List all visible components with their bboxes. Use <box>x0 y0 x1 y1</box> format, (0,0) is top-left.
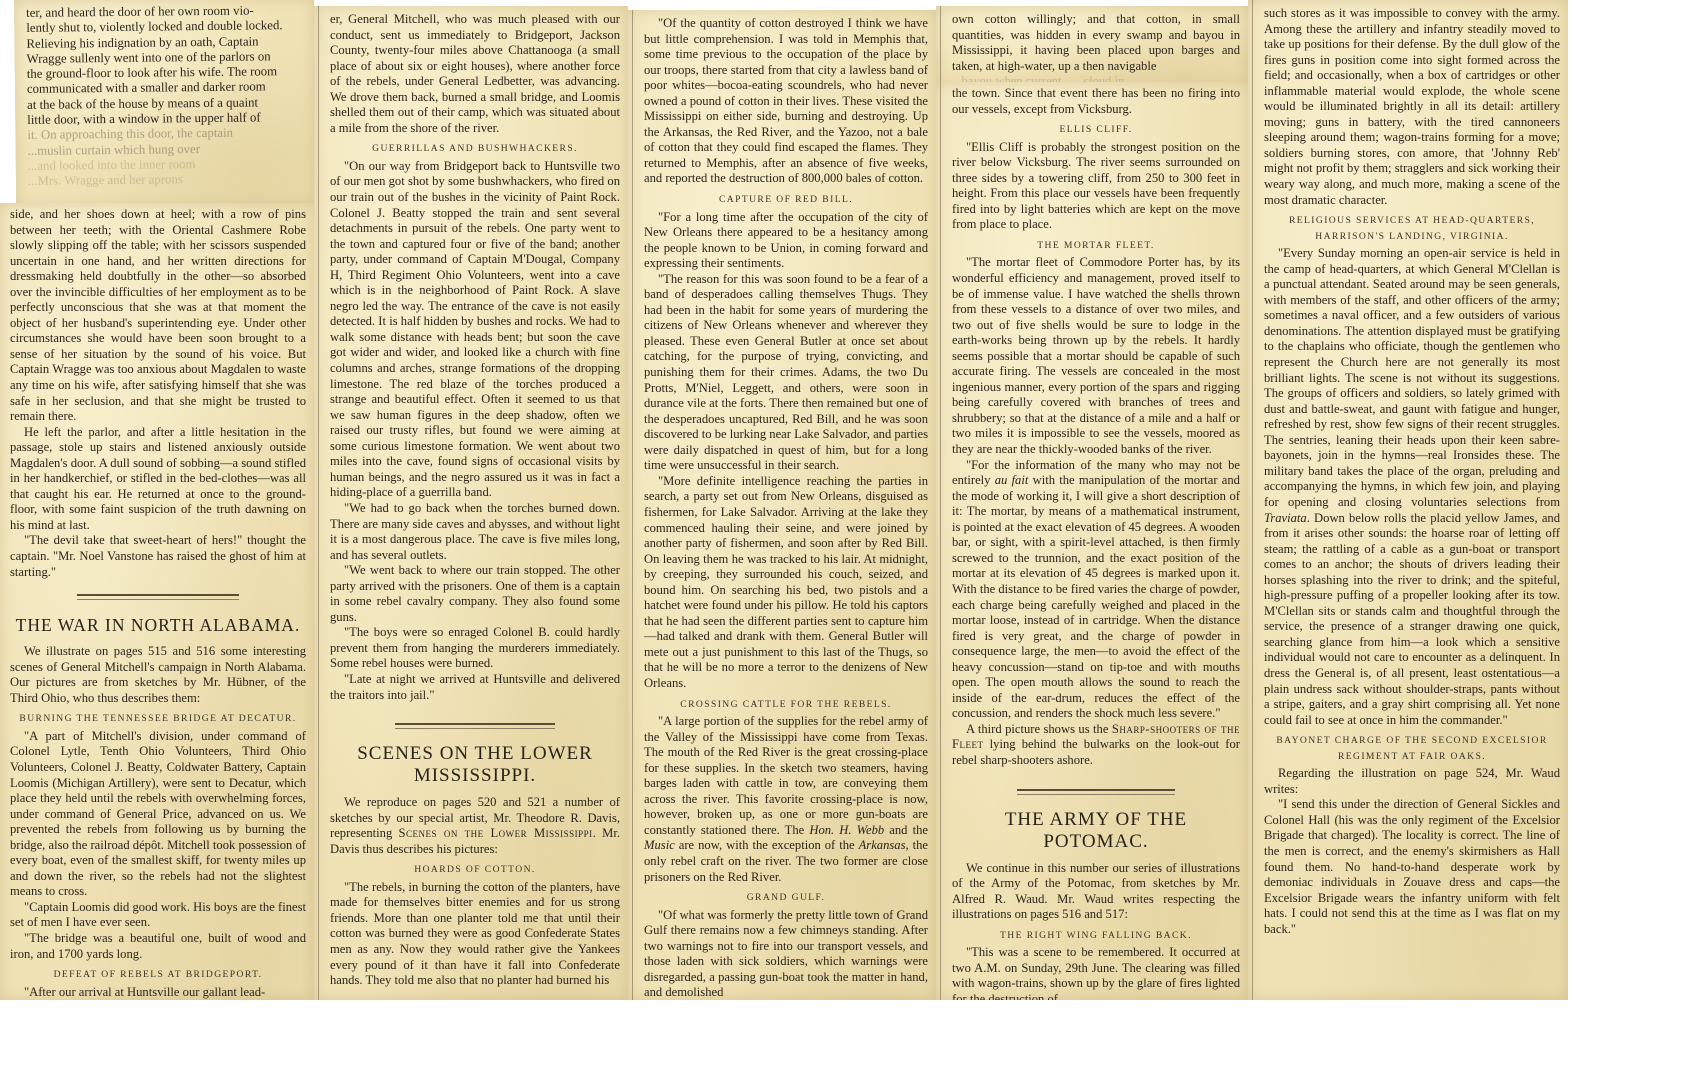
text: . Down below rolls the placid yellow Jam… <box>1264 511 1560 727</box>
article-paragraph: "Of what was formerly the pretty little … <box>644 908 928 1000</box>
text: are now, with the exception of the <box>675 838 859 852</box>
subheading-right-wing-falling-back: THE RIGHT WING FALLING BACK. <box>952 928 1240 944</box>
headline-scenes-on-lower-mississippi: SCENES ON THE LOWER MISSISSIPPI. <box>330 743 620 787</box>
article-paragraph: "A part of Mitchell's division, under co… <box>10 729 306 900</box>
article-paragraph: "The mortar fleet of Commodore Porter ha… <box>952 255 1240 457</box>
column-rule <box>940 6 941 86</box>
article-paragraph: the town. Since that event there has bee… <box>952 86 1240 117</box>
article-paragraph: "Late at night we arrived at Huntsville … <box>330 672 620 703</box>
article-paragraph: "For the information of the many who may… <box>952 458 1240 722</box>
newspaper-clipping-col3: "Of the quantity of cotton destroyed I t… <box>628 10 936 1000</box>
article-paragraph: Regarding the illustration on page 524, … <box>1264 766 1560 797</box>
section-divider <box>1017 789 1175 795</box>
section-divider <box>395 723 555 729</box>
article-paragraph: er, General Mitchell, who was much pleas… <box>330 12 620 136</box>
article-paragraph: such stores as it was impossible to conv… <box>1264 6 1560 208</box>
article-paragraph: "Captain Loomis did good work. His boys … <box>10 900 306 931</box>
article-paragraph: "Of the quantity of cotton destroyed I t… <box>644 16 928 187</box>
subheading-burning-tennessee-bridge: BURNING THE TENNESSEE BRIDGE AT DECATUR. <box>10 711 306 727</box>
text: with the manipulation of the mortar and … <box>952 473 1240 720</box>
emphasis: au fait <box>995 473 1029 487</box>
ship-name: Hon. H. Webb <box>809 823 884 837</box>
text: "Every Sunday morning an open-air servic… <box>1264 246 1560 509</box>
subheading-ellis-cliff: ELLIS CLIFF. <box>952 122 1240 138</box>
article-intro: We illustrate on pages 515 and 516 some … <box>10 644 306 706</box>
subheading-hoards-of-cotton: HOARDS OF COTTON. <box>330 862 620 878</box>
subheading-capture-of-red-bill: CAPTURE OF RED BILL. <box>644 192 928 208</box>
col1-fragment-line: ...Mrs. Wragge and her aprons <box>28 171 308 189</box>
column-rule <box>318 6 319 1000</box>
subheading-bayonet-charge: BAYONET CHARGE OF THE SECOND EXCELSIOR R… <box>1264 733 1560 764</box>
subheading-guerrillas-and-bushwhackers: GUERRILLAS AND BUSHWHACKERS. <box>330 141 620 157</box>
text: lying behind the bulwarks on the look-ou… <box>952 737 1240 767</box>
column-3: "Of the quantity of cotton destroyed I t… <box>634 10 936 1000</box>
text: "A large portion of the supplies for the… <box>644 714 928 837</box>
article-paragraph: "A large portion of the supplies for the… <box>644 714 928 885</box>
article-paragraph: "For a long time after the occupation of… <box>644 210 928 272</box>
article-intro: We continue in this number our series of… <box>952 861 1240 923</box>
ship-name: Arkansas <box>859 838 906 852</box>
intro-title-smallcaps: Scenes on the Lower Mississippi <box>399 826 593 840</box>
newspaper-clipping-col2: er, General Mitchell, who was much pleas… <box>314 6 628 1000</box>
subheading-grand-gulf: GRAND GULF. <box>644 890 928 906</box>
article-paragraph: "After our arrival at Huntsville our gal… <box>10 985 306 1000</box>
column-5: such stores as it was impossible to conv… <box>1254 0 1568 1000</box>
col1-fragment-line: lently shut to, violently locked and dou… <box>26 18 306 36</box>
section-divider <box>77 594 240 600</box>
article-paragraph: own cotton willingly; and that cotton, i… <box>952 12 1240 74</box>
column-2: er, General Mitchell, who was much pleas… <box>320 6 628 1000</box>
headline-war-in-north-alabama: THE WAR IN NORTH ALABAMA. <box>10 614 306 636</box>
column-rule <box>632 10 633 1000</box>
story-paragraph: side, and her shoes down at heel; with a… <box>10 207 306 425</box>
article-paragraph: "I send this under the direction of Gene… <box>1264 797 1560 937</box>
article-paragraph: "The reason for this was soon found to b… <box>644 272 928 474</box>
article-paragraph: "Ellis Cliff is probably the strongest p… <box>952 140 1240 233</box>
subheading-mortar-fleet: THE MORTAR FLEET. <box>952 238 1240 254</box>
article-paragraph: "On our way from Bridgeport back to Hunt… <box>330 159 620 501</box>
article-intro: We reproduce on pages 520 and 521 a numb… <box>330 795 620 857</box>
ship-name: Music <box>644 838 675 852</box>
subheading-defeat-of-rebels: DEFEAT OF REBELS AT BRIDGEPORT. <box>10 967 306 983</box>
story-paragraph: "The devil take that sweet-heart of hers… <box>10 533 306 580</box>
newspaper-clipping-col4: the town. Since that event there has bee… <box>936 82 1248 1000</box>
headline-army-of-the-potomac: THE ARMY OF THE POTOMAC. <box>952 809 1240 853</box>
article-paragraph: "The rebels, in burning the cotton of th… <box>330 880 620 989</box>
article-paragraph: "This was a scene to be remembered. It o… <box>952 945 1240 1000</box>
text: and the <box>884 823 928 837</box>
newspaper-clipping-col5: such stores as it was impossible to conv… <box>1248 0 1568 1000</box>
text: A third picture shows us the <box>966 722 1112 736</box>
column-4: the town. Since that event there has bee… <box>942 82 1248 1000</box>
article-paragraph: "The boys were so enraged Colonel B. cou… <box>330 625 620 672</box>
column-1: side, and her shoes down at heel; with a… <box>0 203 314 1000</box>
article-paragraph: "More definite intelligence reaching the… <box>644 474 928 692</box>
article-paragraph: "Every Sunday morning an open-air servic… <box>1264 246 1560 728</box>
column-rule <box>1252 0 1253 1000</box>
newspaper-clipping-col4-top-fragment: own cotton willingly; and that cotton, i… <box>936 6 1248 86</box>
newspaper-clipping-col1: side, and her shoes down at heel; with a… <box>0 203 314 1000</box>
story-paragraph: He left the parlor, and after a little h… <box>10 425 306 534</box>
col1-fragment-line: communicated with a smaller and darker r… <box>27 79 307 97</box>
subheading-religious-services: RELIGIOUS SERVICES AT HEAD-QUARTERS, HAR… <box>1264 213 1560 244</box>
column-rule <box>940 82 941 1000</box>
article-paragraph: A third picture shows us the Sharp-shoot… <box>952 722 1240 769</box>
article-paragraph: "The bridge was a beautiful one, built o… <box>10 931 306 962</box>
article-paragraph: "We went back to where our train stopped… <box>330 563 620 625</box>
article-paragraph: "We had to go back when the torches burn… <box>330 501 620 563</box>
opera-title: Traviata <box>1264 511 1307 525</box>
subheading-crossing-cattle: CROSSING CATTLE FOR THE REBELS. <box>644 697 928 713</box>
newspaper-clipping-col1-top-fragment: ter, and heard the door of her own room … <box>14 0 316 208</box>
